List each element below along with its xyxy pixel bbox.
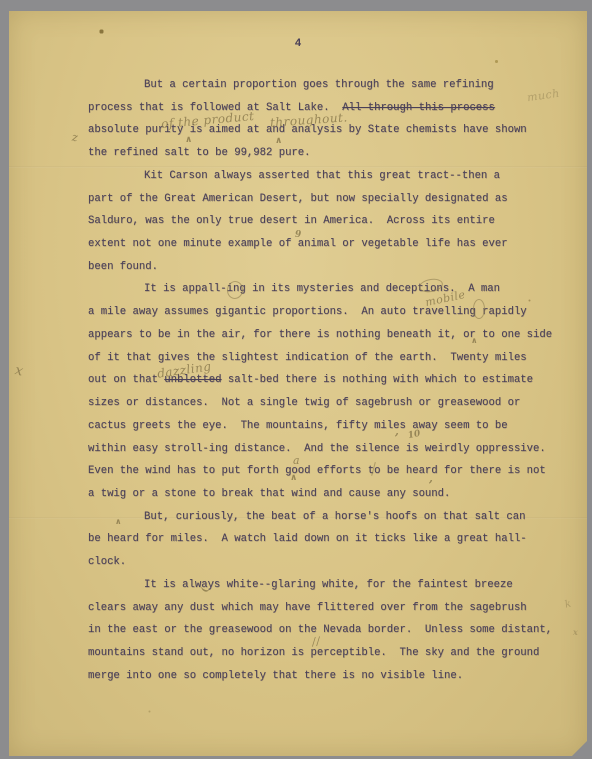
typed-text: But a certain proportion goes through th… — [144, 79, 494, 91]
typed-text: cactus greets the eye. The mountains, fi… — [88, 420, 508, 432]
typed-text: mountains stand out, no horizon is perce… — [88, 647, 539, 659]
typed-line: absolute purity is aimed at and analysis… — [88, 119, 570, 142]
typed-line: within easy stroll-ing distance. And the… — [88, 438, 570, 461]
typed-line: out on that unblotted salt-bed there is … — [88, 369, 570, 392]
typed-text: in the east or the greasewood on the Nev… — [88, 624, 552, 636]
paper-specks — [9, 11, 10, 12]
pencil-margin-mark-z: z — [71, 131, 79, 145]
typed-line: It is appall-ing in its mysteries and de… — [88, 278, 570, 301]
typed-line: clears away any dust which may have flit… — [88, 597, 570, 620]
typed-text-block: But a certain proportion goes through th… — [88, 74, 570, 687]
typed-line: But, curiously, the beat of a horse's ho… — [88, 506, 570, 529]
typed-line: It is always white--glaring white, for t… — [88, 574, 570, 597]
typed-line: part of the Great American Desert, but n… — [88, 188, 570, 211]
typed-text: It is always white--glaring white, for t… — [144, 579, 513, 591]
typed-line: sizes or distances. Not a single twig of… — [88, 392, 570, 415]
typed-text: be heard for miles. A watch laid down on… — [88, 533, 527, 545]
typed-line: clock. — [88, 551, 570, 574]
typed-text: It is appall-ing in its mysteries and de… — [144, 283, 500, 295]
typed-text: out on that — [88, 374, 164, 386]
typed-line: But a certain proportion goes through th… — [88, 74, 570, 97]
struck-out-text: unblotted — [164, 374, 221, 386]
typed-text: absolute purity is aimed at and analysis… — [88, 124, 527, 136]
typed-text: salt-bed there is nothing with which to … — [222, 374, 534, 386]
typed-line: a twig or a stone to break that wind and… — [88, 483, 570, 506]
typed-text: part of the Great American Desert, but n… — [88, 193, 508, 205]
struck-out-text: All through this process — [342, 102, 495, 114]
typed-line: in the east or the greasewood on the Nev… — [88, 619, 570, 642]
typed-line: Even the wind has to put forth good effo… — [88, 460, 570, 483]
typed-line: appears to be in the air, for there is n… — [88, 324, 570, 347]
typed-line: of it that gives the slightest indicatio… — [88, 347, 570, 370]
typed-line: Kit Carson always asserted that this gre… — [88, 165, 570, 188]
typed-line: be heard for miles. A watch laid down on… — [88, 528, 570, 551]
typed-text: of it that gives the slightest indicatio… — [88, 352, 527, 364]
typed-line: the refined salt to be 99,982 pure. — [88, 142, 570, 165]
typed-text: a mile away assumes gigantic proportions… — [88, 306, 527, 318]
typed-line: cactus greets the eye. The mountains, fi… — [88, 415, 570, 438]
typed-text: sizes or distances. Not a single twig of… — [88, 397, 520, 409]
typed-line: mountains stand out, no horizon is perce… — [88, 642, 570, 665]
manuscript-page: 4 But a certain proportion goes through … — [9, 11, 587, 756]
typed-text: within easy stroll-ing distance. And the… — [88, 443, 546, 455]
page-number: 4 — [9, 38, 587, 50]
typed-text: been found. — [88, 261, 158, 273]
typed-text: a twig or a stone to break that wind and… — [88, 488, 450, 500]
typed-text: Kit Carson always asserted that this gre… — [144, 170, 500, 182]
typed-text: But, curiously, the beat of a horse's ho… — [144, 511, 525, 523]
typed-text: process that is followed at Salt Lake. — [88, 102, 342, 114]
typed-text: Salduro, was the only true desert in Ame… — [88, 215, 495, 227]
pencil-mark-after-distant: x — [573, 627, 578, 637]
typed-line: been found. — [88, 256, 570, 279]
typed-line: extent not one minute example of animal … — [88, 233, 570, 256]
typed-text: the refined salt to be 99,982 pure. — [88, 147, 311, 159]
typed-text: appears to be in the air, for there is n… — [88, 329, 552, 341]
typed-line: a mile away assumes gigantic proportions… — [88, 301, 570, 324]
typed-text: merge into one so completely that there … — [88, 670, 463, 682]
typed-line: process that is followed at Salt Lake. A… — [88, 97, 570, 120]
typed-line: merge into one so completely that there … — [88, 665, 570, 688]
typed-text: Even the wind has to put forth good effo… — [88, 465, 546, 477]
typed-line: Salduro, was the only true desert in Ame… — [88, 210, 570, 233]
pencil-margin-mark-x: x — [13, 362, 25, 379]
typed-text: clock. — [88, 556, 126, 568]
typed-text: clears away any dust which may have flit… — [88, 602, 527, 614]
typed-text: extent not one minute example of animal … — [88, 238, 508, 250]
